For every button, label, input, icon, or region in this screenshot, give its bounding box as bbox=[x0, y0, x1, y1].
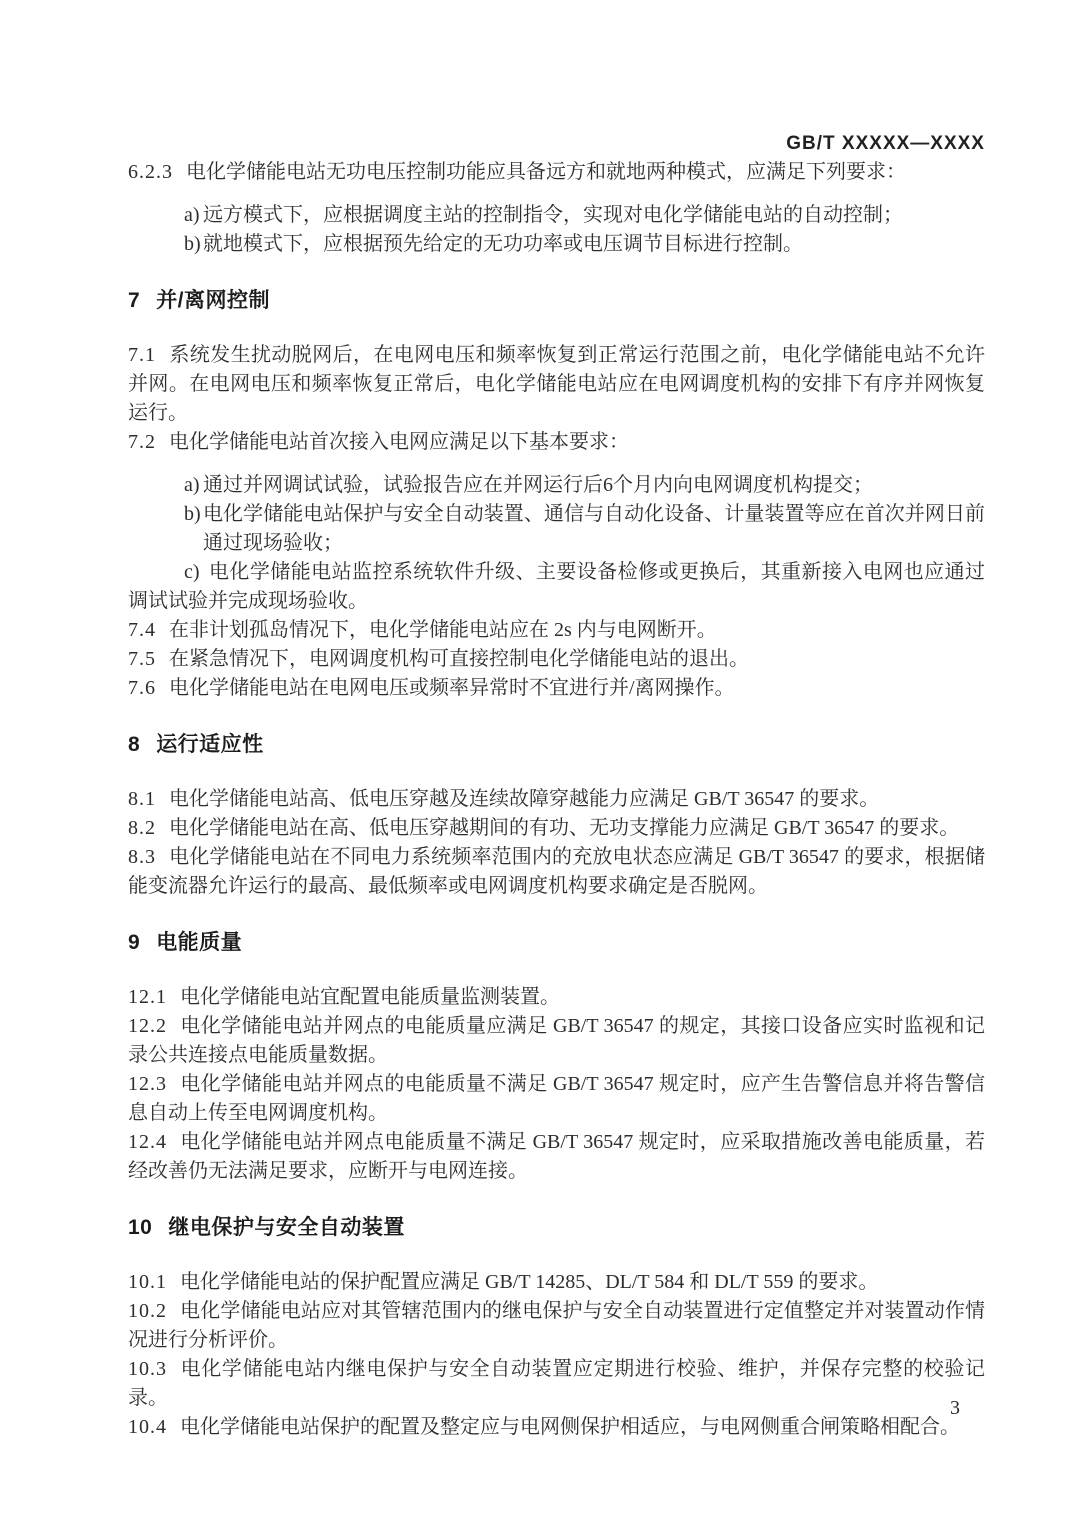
clause-number: 7.6 bbox=[128, 677, 156, 699]
list-item: b)电化学储能电站保护与安全自动装置、通信与自动化设备、计量装置等应在首次并网日… bbox=[128, 500, 985, 558]
list-item-text: 就地模式下，应根据预先给定的无功功率或电压调节目标进行控制。 bbox=[203, 233, 803, 255]
section-heading-title: 电能质量 bbox=[156, 931, 242, 954]
clause-text: 电化学储能电站在电网电压或频率异常时不宜进行并/离网操作。 bbox=[169, 677, 735, 699]
section-heading-title: 运行适应性 bbox=[156, 733, 264, 756]
clause-number: 7.2 bbox=[128, 431, 156, 453]
clause-paragraph: 8.2电化学储能电站在高、低电压穿越期间的有功、无功支撑能力应满足 GB/T 3… bbox=[128, 814, 985, 843]
clause-text: 电化学储能电站宜配置电能质量监测装置。 bbox=[180, 986, 560, 1008]
list-item-text: 电化学储能电站保护与安全自动装置、通信与自动化设备、计量装置等应在首次并网日前通… bbox=[203, 503, 985, 554]
section-heading-title: 继电保护与安全自动装置 bbox=[168, 1216, 405, 1239]
clause-text: 电化学储能电站内继电保护与安全自动装置应定期进行校验、维护，并保存完整的校验记录… bbox=[128, 1358, 985, 1409]
list-item: a)远方模式下，应根据调度主站的控制指令，实现对电化学储能电站的自动控制； bbox=[128, 201, 985, 230]
page-number: 3 bbox=[950, 1394, 960, 1423]
clause-text: 电化学储能电站在高、低电压穿越期间的有功、无功支撑能力应满足 GB/T 3654… bbox=[169, 817, 959, 839]
clause-paragraph: 7.1系统发生扰动脱网后，在电网电压和频率恢复到正常运行范围之前，电化学储能电站… bbox=[128, 341, 985, 428]
clause-number: 8.3 bbox=[128, 846, 156, 868]
clause-number: 10.1 bbox=[128, 1271, 167, 1293]
clause-paragraph: 8.3电化学储能电站在不同电力系统频率范围内的充放电状态应满足 GB/T 365… bbox=[128, 843, 985, 901]
clause-number: 8.1 bbox=[128, 788, 156, 810]
clause-text: 电化学储能电站并网点的电能质量不满足 GB/T 36547 规定时，应产生告警信… bbox=[128, 1073, 985, 1124]
section-heading-number: 9 bbox=[128, 931, 140, 954]
list-item-text: 电化学储能电站监控系统软件升级、主要设备检修或更换后，其重新接入电网也应通过调试… bbox=[128, 561, 985, 612]
section-heading-number: 8 bbox=[128, 733, 140, 756]
clause-paragraph: 12.4电化学储能电站并网点电能质量不满足 GB/T 36547 规定时，应采取… bbox=[128, 1128, 985, 1186]
clause-text: 电化学储能电站保护的配置及整定应与电网侧保护相适应，与电网侧重合闸策略相配合。 bbox=[180, 1416, 960, 1438]
clause-text: 电化学储能电站并网点的电能质量应满足 GB/T 36547 的规定，其接口设备应… bbox=[128, 1015, 985, 1066]
list-item: b)就地模式下，应根据预先给定的无功功率或电压调节目标进行控制。 bbox=[128, 230, 985, 259]
clause-number: 12.1 bbox=[128, 986, 167, 1008]
list-item-label: b) bbox=[184, 500, 201, 529]
clause-paragraph: 10.4电化学储能电站保护的配置及整定应与电网侧保护相适应，与电网侧重合闸策略相… bbox=[128, 1413, 985, 1442]
clause-text: 电化学储能电站并网点电能质量不满足 GB/T 36547 规定时，应采取措施改善… bbox=[128, 1131, 985, 1182]
document-header-reference: GB/T XXXXX—XXXX bbox=[128, 133, 985, 155]
section-heading-number: 10 bbox=[128, 1216, 152, 1239]
clause-paragraph: 7.4在非计划孤岛情况下，电化学储能电站应在 2s 内与电网断开。 bbox=[128, 616, 985, 645]
section-heading: 8运行适应性 bbox=[128, 730, 985, 760]
clause-paragraph: 7.2电化学储能电站首次接入电网应满足以下基本要求： bbox=[128, 428, 985, 457]
clause-number: 7.1 bbox=[128, 344, 156, 366]
clause-text: 在非计划孤岛情况下，电化学储能电站应在 2s 内与电网断开。 bbox=[169, 619, 717, 641]
clause-number: 10.3 bbox=[128, 1358, 167, 1380]
clause-paragraph: 8.1电化学储能电站高、低电压穿越及连续故障穿越能力应满足 GB/T 36547… bbox=[128, 785, 985, 814]
clause-number: 12.4 bbox=[128, 1131, 167, 1153]
clause-paragraph: 12.2电化学储能电站并网点的电能质量应满足 GB/T 36547 的规定，其接… bbox=[128, 1012, 985, 1070]
list-item: a)通过并网调试试验，试验报告应在并网运行后6个月内向电网调度机构提交； bbox=[128, 471, 985, 500]
clause-text: 电化学储能电站首次接入电网应满足以下基本要求： bbox=[169, 431, 629, 453]
clause-text: 在紧急情况下，电网调度机构可直接控制电化学储能电站的退出。 bbox=[169, 648, 749, 670]
clause-paragraph: 12.3电化学储能电站并网点的电能质量不满足 GB/T 36547 规定时，应产… bbox=[128, 1070, 985, 1128]
list-item-text: 远方模式下，应根据调度主站的控制指令，实现对电化学储能电站的自动控制； bbox=[203, 204, 903, 226]
clause-paragraph: 6.2.3电化学储能电站无功电压控制功能应具备远方和就地两种模式，应满足下列要求… bbox=[128, 158, 985, 187]
clause-paragraph: 12.1电化学储能电站宜配置电能质量监测装置。 bbox=[128, 983, 985, 1012]
clause-number: 7.4 bbox=[128, 619, 156, 641]
clause-text: 系统发生扰动脱网后，在电网电压和频率恢复到正常运行范围之前，电化学储能电站不允许… bbox=[128, 344, 985, 424]
standard-document-page: GB/T XXXXX—XXXX 6.2.3电化学储能电站无功电压控制功能应具备远… bbox=[0, 0, 1080, 1527]
clause-number: 7.5 bbox=[128, 648, 156, 670]
clause-number: 12.3 bbox=[128, 1073, 167, 1095]
clause-text: 电化学储能电站在不同电力系统频率范围内的充放电状态应满足 GB/T 36547 … bbox=[128, 846, 985, 897]
section-heading: 7并/离网控制 bbox=[128, 286, 985, 316]
clause-paragraph: 7.6电化学储能电站在电网电压或频率异常时不宜进行并/离网操作。 bbox=[128, 674, 985, 703]
list-item-label: a) bbox=[184, 201, 200, 230]
clause-text: 电化学储能电站高、低电压穿越及连续故障穿越能力应满足 GB/T 36547 的要… bbox=[169, 788, 879, 810]
clause-paragraph: 10.3电化学储能电站内继电保护与安全自动装置应定期进行校验、维护，并保存完整的… bbox=[128, 1355, 985, 1413]
document-body: 6.2.3电化学储能电站无功电压控制功能应具备远方和就地两种模式，应满足下列要求… bbox=[128, 158, 985, 1442]
clause-text: 电化学储能电站无功电压控制功能应具备远方和就地两种模式，应满足下列要求： bbox=[186, 161, 906, 183]
clause-number: 8.2 bbox=[128, 817, 156, 839]
list-item-label: a) bbox=[184, 471, 200, 500]
list-item-label: b) bbox=[184, 230, 201, 259]
clause-number: 10.2 bbox=[128, 1300, 167, 1322]
clause-paragraph: 10.1电化学储能电站的保护配置应满足 GB/T 14285、DL/T 584 … bbox=[128, 1268, 985, 1297]
clause-text: 电化学储能电站应对其管辖范围内的继电保护与安全自动装置进行定值整定并对装置动作情… bbox=[128, 1300, 985, 1351]
section-heading: 9电能质量 bbox=[128, 928, 985, 958]
clause-number: 6.2.3 bbox=[128, 161, 173, 183]
clause-number: 12.2 bbox=[128, 1015, 167, 1037]
list-item-label: c) bbox=[184, 561, 200, 583]
clause-paragraph: 7.5在紧急情况下，电网调度机构可直接控制电化学储能电站的退出。 bbox=[128, 645, 985, 674]
section-heading: 10继电保护与安全自动装置 bbox=[128, 1213, 985, 1243]
list-item-text: 通过并网调试试验，试验报告应在并网运行后6个月内向电网调度机构提交； bbox=[203, 474, 873, 496]
section-heading-title: 并/离网控制 bbox=[156, 289, 270, 312]
list-item: c)电化学储能电站监控系统软件升级、主要设备检修或更换后，其重新接入电网也应通过… bbox=[128, 558, 985, 616]
clause-paragraph: 10.2电化学储能电站应对其管辖范围内的继电保护与安全自动装置进行定值整定并对装… bbox=[128, 1297, 985, 1355]
clause-text: 电化学储能电站的保护配置应满足 GB/T 14285、DL/T 584 和 DL… bbox=[180, 1271, 878, 1293]
clause-number: 10.4 bbox=[128, 1416, 167, 1438]
section-heading-number: 7 bbox=[128, 289, 140, 312]
